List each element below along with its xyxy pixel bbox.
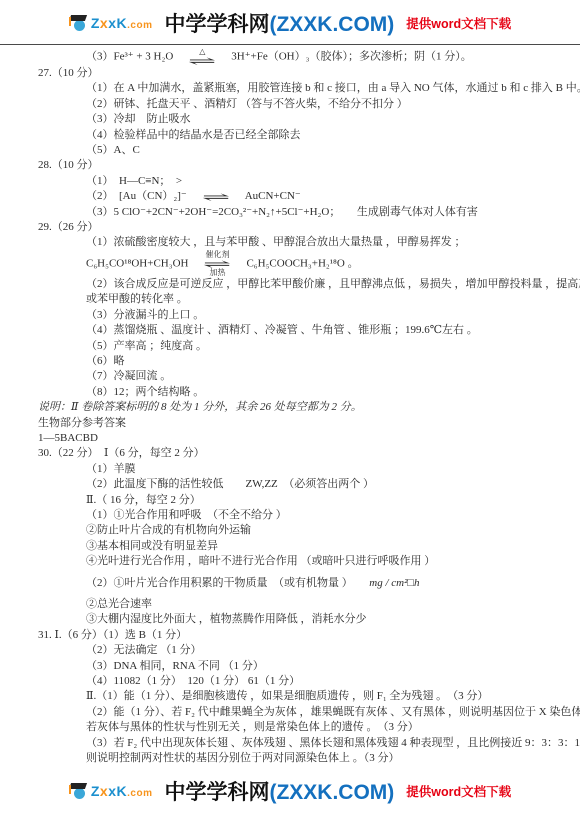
equilibrium-arrow-icon: ⇌	[188, 56, 216, 66]
line-text: （1）浓硫酸密度较大 ，且与苯甲酸 、甲醇混合放出大量热量 ，甲醇易挥发 ；	[86, 236, 466, 248]
zxxk-logo[interactable]: ZxxK.com	[69, 15, 153, 31]
line-text: ②总光合速率	[86, 598, 152, 610]
equation-left: （3）Fe³⁺ + 3 H₂O	[86, 51, 173, 63]
line-text: （4）蒸馏烧瓶 、温度计 、酒精灯 、冷凝管 、牛角管 、锥形瓶 ；199.6℃…	[86, 324, 478, 336]
line-text: （3）DNA 相同，RNA 不同 （1 分）	[86, 660, 264, 672]
answer-line: 28.（10 分）	[0, 158, 580, 173]
answer-line: 说明：Ⅱ 卷除答案标明的 8 处为 1 分外，其余 26 处每空都为 2 分。	[0, 400, 580, 415]
line-text: 生物部分参考答案	[38, 417, 126, 429]
answer-line: （5）A、C	[0, 143, 580, 158]
line-text: （2）①叶片光合作用积累的干物质量 （或有机物量 ）	[86, 577, 369, 589]
answer-line: （3）冷却 防止吸水	[0, 112, 580, 127]
answer-document: （3）Fe³⁺ + 3 H₂O△⇌3H⁺+Fe（OH）₃（胶体）；多次渗析；阴（…	[0, 45, 580, 766]
answer-line: ②总光合速率	[0, 597, 580, 612]
equilibrium-arrow-icon: ⇌	[203, 259, 231, 269]
answer-line: （2）此温度下酶的活性较低 ZW,ZZ （必须答出两个 ）	[0, 477, 580, 492]
answer-line: 1—5BACBD	[0, 431, 580, 446]
line-text: （1）在 A 中加满水，盖紧瓶塞，用胶管连接 b 和 c 接口，由 a 导入 N…	[86, 82, 580, 94]
graduation-cap-icon	[69, 783, 89, 799]
logo-wordmark: ZxxK.com	[91, 15, 153, 31]
reaction-arrow: ⇌	[195, 192, 237, 202]
site-title: 中学学科网(ZXXK.COM)	[164, 776, 394, 806]
line-text: 或苯甲酸的转化率 。	[86, 293, 188, 305]
answer-line: 则说明控制两对性状的基因分别位于两对同源染色体上 。（3 分）	[0, 751, 580, 766]
line-text: （7）冷凝回流 。	[86, 370, 171, 382]
answer-line: 29.（26 分）	[0, 220, 580, 235]
math-unit: mg / cm²□h	[369, 577, 419, 589]
answer-line: （2）能（1 分）、若 F₂ 代中雌果蝇全为灰体 ，雄果蝇既有灰体 、又有黑体 …	[0, 705, 580, 720]
line-text: （8）12；两个结构略 。	[86, 386, 204, 398]
line-text: 27.（10 分）	[38, 67, 99, 79]
line-text: （2）能（1 分）、若 F₂ 代中雌果蝇全为灰体 ，雄果蝇既有灰体 、又有黑体 …	[86, 706, 580, 718]
equation-right: C₆H₅COOCH₃+H₂¹⁸O 。	[246, 257, 358, 269]
line-text: （3）若 F₂ 代中出现灰体长翅 、灰体残翅 、黑体长翅和黑体残翅 4 种表现型…	[86, 737, 580, 749]
answer-line: 27.（10 分）	[0, 66, 580, 81]
answer-line: 31. Ⅰ.（6 分）（1）选 B（1 分）	[0, 628, 580, 643]
answer-line: 若灰体与黑体的性状与性别无关 ，则是常染色体上的遗传 。 （3 分）	[0, 720, 580, 735]
answer-line: 或苯甲酸的转化率 。	[0, 292, 580, 307]
answer-line: （3）分液漏斗的上口 。	[0, 308, 580, 323]
line-text: 31. Ⅰ.（6 分）（1）选 B（1 分）	[38, 629, 187, 641]
site-title: 中学学科网(ZXXK.COM)	[164, 8, 394, 38]
line-text: （4）检验样品中的结晶水是否已经全部除去	[86, 129, 301, 141]
answer-line: （5）产率高 ；纯度高 。	[0, 339, 580, 354]
answer-line: （6）略	[0, 354, 580, 369]
line-text: ②防止叶片合成的有机物向外运输	[86, 524, 251, 536]
answer-line: ④光叶进行光合作用 ，暗叶不进行光合作用 （或暗叶只进行呼吸作用 ）	[0, 554, 580, 569]
document-page: ZxxK.com 中学学科网(ZXXK.COM) 提供word文档下载 （3）F…	[0, 0, 580, 820]
logo-wordmark: ZxxK.com	[91, 783, 153, 799]
answer-line: （2）该合成反应是可逆反应 ，甲醇比苯甲酸价廉 ，且甲醇沸点低 ，易损失 ，增加…	[0, 277, 580, 292]
reaction-arrow: 催化剂⇌加热	[196, 251, 238, 277]
answer-line: （1） H—C≡N； >	[0, 174, 580, 189]
line-text: （2）研钵、托盘天平 、酒精灯 （答与不答火柴，不给分不扣分 ）	[86, 98, 408, 110]
site-header: ZxxK.com 中学学科网(ZXXK.COM) 提供word文档下载	[0, 0, 580, 44]
equation-right: 3H⁺+Fe（OH）₃（胶体）；多次渗析；阴（1 分）。	[231, 51, 471, 63]
answer-line: （2）①叶片光合作用积累的干物质量 （或有机物量 ） mg / cm²□h	[0, 576, 580, 591]
line-text: ④光叶进行光合作用 ，暗叶不进行光合作用 （或暗叶只进行呼吸作用 ）	[86, 555, 435, 567]
line-text: （5）A、C	[86, 144, 140, 156]
answer-line: （2）无法确定 （1 分）	[0, 643, 580, 658]
line-text: 若灰体与黑体的性状与性别无关 ，则是常染色体上的遗传 。 （3 分）	[86, 721, 419, 733]
line-text: （1）①光合作用和呼吸 （不全不给分 ）	[86, 509, 287, 521]
equation-line: （3）Fe³⁺ + 3 H₂O△⇌3H⁺+Fe（OH）₃（胶体）；多次渗析；阴（…	[0, 48, 580, 66]
answer-line: ②防止叶片合成的有机物向外运输	[0, 523, 580, 538]
answer-line: （1）①光合作用和呼吸 （不全不给分 ）	[0, 508, 580, 523]
line-text: （3）冷却 防止吸水	[86, 113, 191, 125]
line-text: 1—5BACBD	[38, 432, 98, 444]
answer-line: （4）11082（1 分） 120（1 分） 61（1 分）	[0, 674, 580, 689]
line-text: ③基本相同或没有明显差异	[86, 540, 218, 552]
zxxk-logo[interactable]: ZxxK.com	[69, 783, 153, 799]
line-text: 说明：Ⅱ 卷除答案标明的 8 处为 1 分外，其余 26 处每空都为 2 分。	[38, 401, 362, 413]
graduation-cap-icon	[69, 15, 89, 31]
site-footer: ZxxK.com 中学学科网(ZXXK.COM) 提供word文档下载	[0, 768, 580, 812]
answer-line: （2）研钵、托盘天平 、酒精灯 （答与不答火柴，不给分不扣分 ）	[0, 97, 580, 112]
answer-line: （4）检验样品中的结晶水是否已经全部除去	[0, 128, 580, 143]
line-text: 28.（10 分）	[38, 159, 99, 171]
answer-line: Ⅱ.（1）能（1 分）、是细胞核遗传 ，如果是细胞质遗传 ，则 F₁ 全为残翅 …	[0, 689, 580, 704]
answer-line: ③大棚内湿度比外面大 ，植物蒸腾作用降低 ，消耗水分少	[0, 612, 580, 627]
answer-line: （3）若 F₂ 代中出现灰体长翅 、灰体残翅 、黑体长翅和黑体残翅 4 种表现型…	[0, 736, 580, 751]
answer-line: （1）在 A 中加满水，盖紧瓶塞，用胶管连接 b 和 c 接口，由 a 导入 N…	[0, 81, 580, 96]
answer-line: （3）DNA 相同，RNA 不同 （1 分）	[0, 659, 580, 674]
equation-left: （2） [Au（CN）₂]⁻	[86, 190, 187, 202]
answer-line: （7）冷凝回流 。	[0, 369, 580, 384]
answer-line: （8）12；两个结构略 。	[0, 385, 580, 400]
answer-line: ③基本相同或没有明显差异	[0, 539, 580, 554]
line-text: Ⅱ.（1）能（1 分）、是细胞核遗传 ，如果是细胞质遗传 ，则 F₁ 全为残翅 …	[86, 690, 488, 702]
line-text: 则说明控制两对性状的基因分别位于两对同源染色体上 。（3 分）	[86, 752, 400, 764]
answer-line: （3）5 ClO⁻+2CN⁻+2OH⁻=2CO₃²⁻+N₂↑+5Cl⁻+H₂O；…	[0, 205, 580, 220]
line-text: （2）此温度下酶的活性较低 ZW,ZZ （必须答出两个 ）	[86, 478, 374, 490]
answer-line: 30.（22 分） Ⅰ（6 分，每空 2 分）	[0, 446, 580, 461]
line-text: Ⅱ.（ 16 分，每空 2 分）	[86, 494, 201, 506]
answer-line: （1）浓硫酸密度较大 ，且与苯甲酸 、甲醇混合放出大量热量 ，甲醇易挥发 ；	[0, 235, 580, 250]
answer-line: 生物部分参考答案	[0, 416, 580, 431]
equation-left: C₆H₅CO¹⁸OH+CH₃OH	[86, 257, 188, 269]
equation-line: C₆H₅CO¹⁸OH+CH₃OH催化剂⇌加热C₆H₅COOCH₃+H₂¹⁸O 。	[0, 251, 580, 277]
word-download-link[interactable]: 提供word文档下载	[406, 14, 511, 32]
answer-line: （4）蒸馏烧瓶 、温度计 、酒精灯 、冷凝管 、牛角管 、锥形瓶 ；199.6℃…	[0, 323, 580, 338]
line-text: （1） H—C≡N； >	[86, 175, 182, 187]
answer-line: （1）羊膜	[0, 462, 580, 477]
line-text: （1）羊膜	[86, 463, 136, 475]
line-text: （5）产率高 ；纯度高 。	[86, 340, 207, 352]
reaction-arrow: △⇌	[181, 48, 223, 66]
line-text: ③大棚内湿度比外面大 ，植物蒸腾作用降低 ，消耗水分少	[86, 613, 367, 625]
line-text: 30.（22 分） Ⅰ（6 分，每空 2 分）	[38, 447, 205, 459]
line-text: （3）5 ClO⁻+2CN⁻+2OH⁻=2CO₃²⁻+N₂↑+5Cl⁻+H₂O；…	[86, 206, 478, 218]
line-text: 29.（26 分）	[38, 221, 99, 233]
line-text: （3）分液漏斗的上口 。	[86, 309, 204, 321]
equation-line: （2） [Au（CN）₂]⁻⇌AuCN+CN⁻	[0, 189, 580, 204]
line-text: （2）该合成反应是可逆反应 ，甲醇比苯甲酸价廉 ，且甲醇沸点低 ，易损失 ，增加…	[86, 278, 580, 290]
word-download-link[interactable]: 提供word文档下载	[406, 782, 511, 800]
line-text: （4）11082（1 分） 120（1 分） 61（1 分）	[86, 675, 300, 687]
equation-right: AuCN+CN⁻	[245, 190, 301, 202]
equilibrium-arrow-icon: ⇌	[202, 192, 230, 202]
line-text: （6）略	[86, 355, 125, 367]
answer-line: Ⅱ.（ 16 分，每空 2 分）	[0, 493, 580, 508]
line-text: （2）无法确定 （1 分）	[86, 644, 202, 656]
